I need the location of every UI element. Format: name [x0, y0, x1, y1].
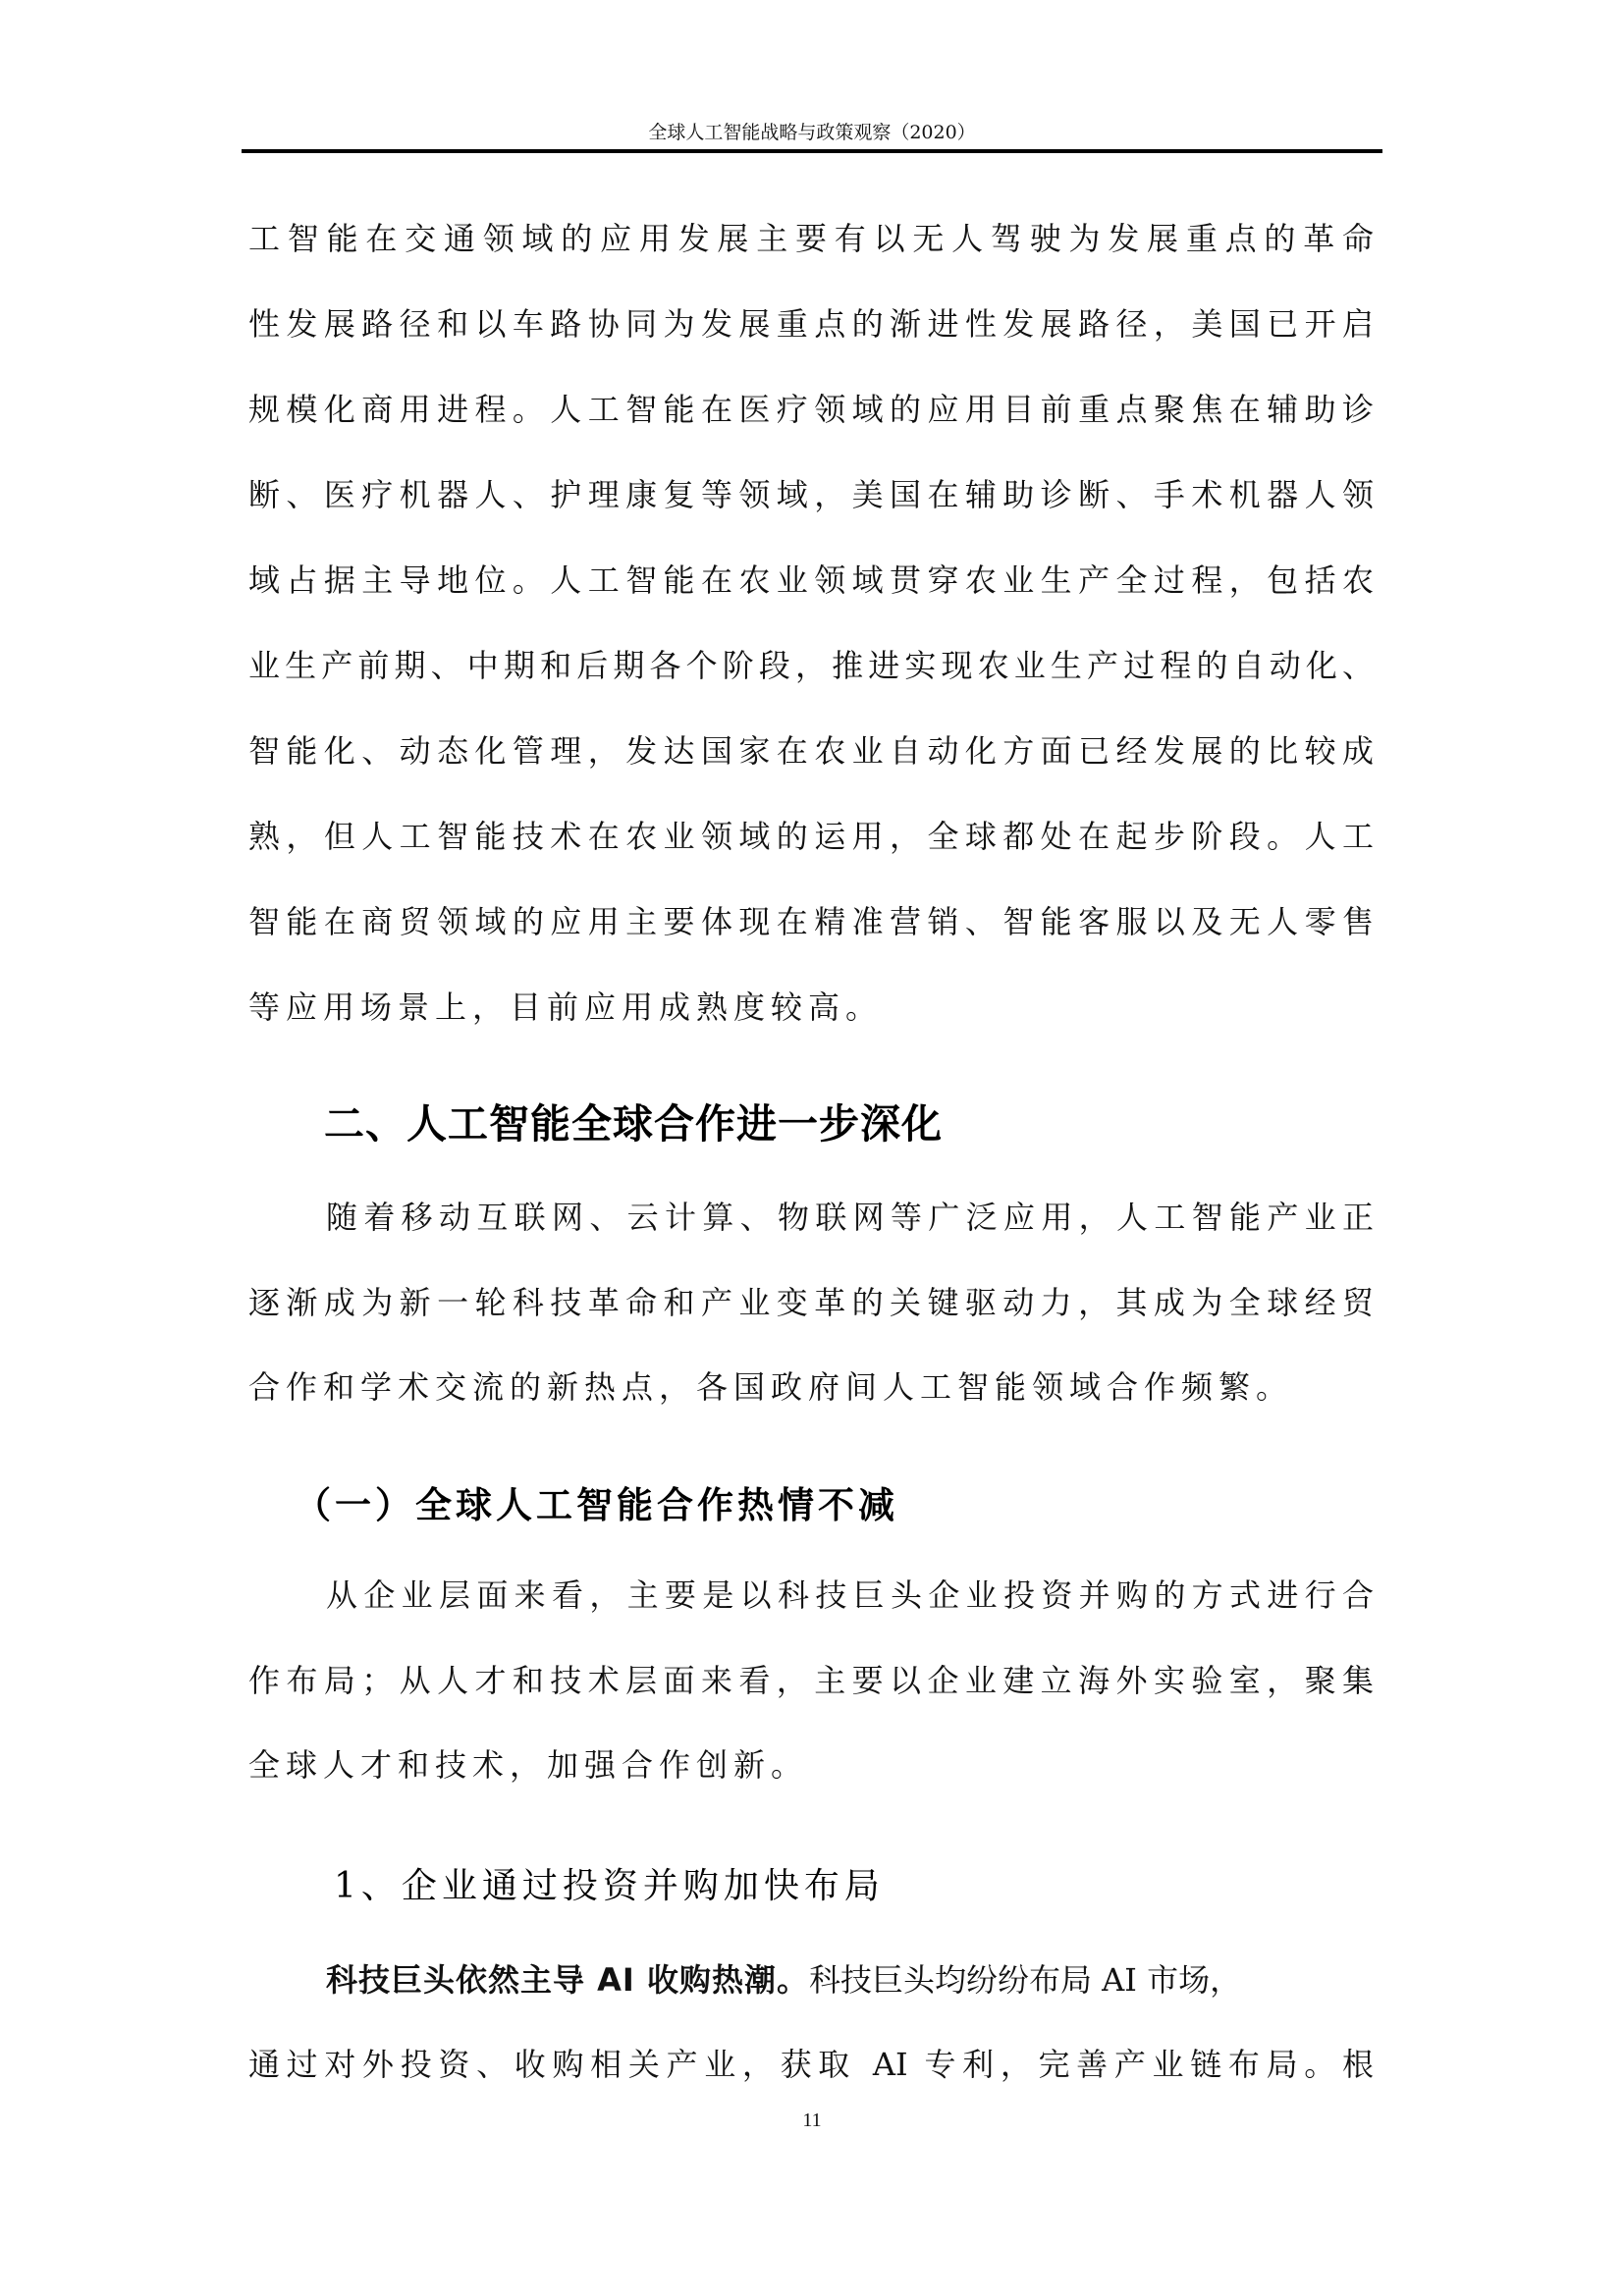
- running-header: 全球人工智能战略与政策观察（2020）: [242, 118, 1382, 147]
- text-line: 全球人才和技术，加强合作创新。: [248, 1735, 1374, 1794]
- text-line: 从企业层面来看，主要是以科技巨头企业投资并购的方式进行合: [326, 1566, 1374, 1625]
- text-line: 智能在商贸领域的应用主要体现在精准营销、智能客服以及无人零售: [248, 892, 1374, 951]
- text-line: 性发展路径和以车路协同为发展重点的渐进性发展路径，美国已开启: [248, 294, 1374, 353]
- header-rule: [242, 149, 1382, 153]
- section-heading: 二、人工智能全球合作进一步深化: [324, 1095, 943, 1153]
- text-line: 规模化商用进程。人工智能在医疗领域的应用目前重点聚焦在辅助诊: [248, 380, 1374, 439]
- document-page: 全球人工智能战略与政策观察（2020） 工智能在交通领域的应用发展主要有以无人驾…: [0, 0, 1624, 2296]
- text-line: 通过对外投资、收购相关产业，获取 AI 专利，完善产业链布局。根: [248, 2035, 1374, 2094]
- text-line: 作布局；从人才和技术层面来看，主要以企业建立海外实验室，聚集: [248, 1651, 1374, 1710]
- text-line: 工智能在交通领域的应用发展主要有以无人驾驶为发展重点的革命: [248, 209, 1374, 268]
- bold-lead-sentence: 科技巨头依然主导 AI 收购热潮。: [326, 1961, 809, 1999]
- subsection-heading: （一）全球人工智能合作热情不减: [295, 1475, 898, 1534]
- page-number: 11: [763, 2106, 861, 2135]
- text-line: 等应用场景上，目前应用成熟度较高。: [248, 978, 1374, 1037]
- item-heading: 1、企业通过投资并购加快布局: [334, 1857, 885, 1916]
- text-line: 断、医疗机器人、护理康复等领域，美国在辅助诊断、手术机器人领: [248, 465, 1374, 524]
- text-line: 随着移动互联网、云计算、物联网等广泛应用，人工智能产业正: [326, 1188, 1374, 1247]
- text-line: 逐渐成为新一轮科技革命和产业变革的关键驱动力，其成为全球经贸: [248, 1273, 1374, 1332]
- text-line: 合作和学术交流的新热点，各国政府间人工智能领域合作频繁。: [248, 1358, 1374, 1416]
- text-line: 业生产前期、中期和后期各个阶段，推进实现农业生产过程的自动化、: [248, 636, 1374, 695]
- text-line: 智能化、动态化管理，发达国家在农业自动化方面已经发展的比较成: [248, 721, 1374, 780]
- text-line: 域占据主导地位。人工智能在农业领域贯穿农业生产全过程，包括农: [248, 551, 1374, 610]
- text-line: 科技巨头依然主导 AI 收购热潮。科技巨头均纷纷布局 AI 市场，: [326, 1950, 1374, 2009]
- text-line: 熟，但人工智能技术在农业领域的运用，全球都处在起步阶段。人工: [248, 807, 1374, 866]
- text-run: 科技巨头均纷纷布局 AI 市场，: [809, 1961, 1241, 1999]
